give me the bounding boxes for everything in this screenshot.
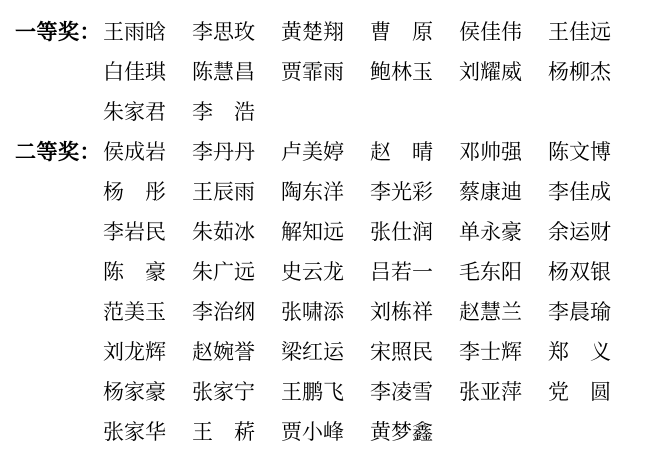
prize-label: 二等奖： [15, 136, 103, 166]
award-row: 杨家豪张家宁王鹏飞李凌雪张亚萍党 圆 [15, 371, 653, 411]
winner-name: 曹 原 [370, 16, 459, 46]
winner-name: 王辰雨 [192, 176, 281, 206]
winner-name: 贾小峰 [281, 416, 370, 446]
award-row: 杨 彤王辰雨陶东洋李光彩蔡康迪李佳成 [15, 171, 653, 211]
winner-name: 黄梦鑫 [370, 416, 459, 446]
winner-name: 李岩民 [103, 216, 192, 246]
winner-name: 史云龙 [281, 256, 370, 286]
winner-name: 李思玫 [192, 16, 281, 46]
winner-name: 王佳远 [548, 16, 637, 46]
winner-name: 李士辉 [459, 336, 548, 366]
winner-name: 卢美婷 [281, 136, 370, 166]
winner-name: 杨家豪 [103, 376, 192, 406]
winner-name: 张家华 [103, 416, 192, 446]
winner-name: 杨双银 [548, 256, 637, 286]
winner-name: 宋照民 [370, 336, 459, 366]
winner-name: 黄楚翔 [281, 16, 370, 46]
award-row: 李岩民朱茹冰解知远张仕润单永豪余运财 [15, 211, 653, 251]
winner-name: 朱广远 [192, 256, 281, 286]
winner-name: 李晨瑜 [548, 296, 637, 326]
winner-name: 张啸添 [281, 296, 370, 326]
winner-name: 侯成岩 [103, 136, 192, 166]
prize-label: 一等奖： [15, 16, 103, 46]
winner-name: 张亚萍 [459, 376, 548, 406]
winner-name: 李 浩 [192, 96, 281, 126]
winner-name: 杨 彤 [103, 176, 192, 206]
winner-name: 刘耀威 [459, 56, 548, 86]
winner-name: 毛东阳 [459, 256, 548, 286]
winner-name: 吕若一 [370, 256, 459, 286]
winner-name: 陈 豪 [103, 256, 192, 286]
winner-name: 侯佳伟 [459, 16, 548, 46]
award-row: 白佳琪陈慧昌贾霏雨鲍林玉刘耀威杨柳杰 [15, 51, 653, 91]
winner-name: 白佳琪 [103, 56, 192, 86]
winner-name: 李光彩 [370, 176, 459, 206]
winner-name: 单永豪 [459, 216, 548, 246]
award-list: 一等奖：王雨晗李思玫黄楚翔曹 原侯佳伟王佳远白佳琪陈慧昌贾霏雨鲍林玉刘耀威杨柳杰… [15, 11, 653, 451]
winner-name: 王 菥 [192, 416, 281, 446]
winner-name: 李治纲 [192, 296, 281, 326]
winner-name: 朱家君 [103, 96, 192, 126]
award-row: 一等奖：王雨晗李思玫黄楚翔曹 原侯佳伟王佳远 [15, 11, 653, 51]
winner-name: 李佳成 [548, 176, 637, 206]
winner-name: 梁红运 [281, 336, 370, 366]
winner-name: 范美玉 [103, 296, 192, 326]
winner-name: 张仕润 [370, 216, 459, 246]
award-row: 陈 豪朱广远史云龙吕若一毛东阳杨双银 [15, 251, 653, 291]
award-row: 张家华王 菥贾小峰黄梦鑫 [15, 411, 653, 451]
award-row: 范美玉李治纲张啸添刘栋祥赵慧兰李晨瑜 [15, 291, 653, 331]
winner-name: 赵婉誉 [192, 336, 281, 366]
winner-name: 杨柳杰 [548, 56, 637, 86]
award-document: 一等奖：王雨晗李思玫黄楚翔曹 原侯佳伟王佳远白佳琪陈慧昌贾霏雨鲍林玉刘耀威杨柳杰… [0, 0, 653, 459]
winner-name: 赵 晴 [370, 136, 459, 166]
winner-name: 贾霏雨 [281, 56, 370, 86]
winner-name: 解知远 [281, 216, 370, 246]
winner-name: 陶东洋 [281, 176, 370, 206]
winner-name: 李丹丹 [192, 136, 281, 166]
winner-name: 陈文博 [548, 136, 637, 166]
winner-name: 王鹏飞 [281, 376, 370, 406]
winner-name: 朱茹冰 [192, 216, 281, 246]
winner-name: 邓帅强 [459, 136, 548, 166]
winner-name: 蔡康迪 [459, 176, 548, 206]
winner-name: 王雨晗 [103, 16, 192, 46]
winner-name: 张家宁 [192, 376, 281, 406]
winner-name: 刘龙辉 [103, 336, 192, 366]
winner-name: 李凌雪 [370, 376, 459, 406]
winner-name: 赵慧兰 [459, 296, 548, 326]
winner-name: 陈慧昌 [192, 56, 281, 86]
award-row: 二等奖：侯成岩李丹丹卢美婷赵 晴邓帅强陈文博 [15, 131, 653, 171]
winner-name: 党 圆 [548, 376, 637, 406]
winner-name: 鲍林玉 [370, 56, 459, 86]
winner-name: 刘栋祥 [370, 296, 459, 326]
award-row: 刘龙辉赵婉誉梁红运宋照民李士辉郑 义 [15, 331, 653, 371]
winner-name: 余运财 [548, 216, 637, 246]
winner-name: 郑 义 [548, 336, 637, 366]
award-row: 朱家君李 浩 [15, 91, 653, 131]
